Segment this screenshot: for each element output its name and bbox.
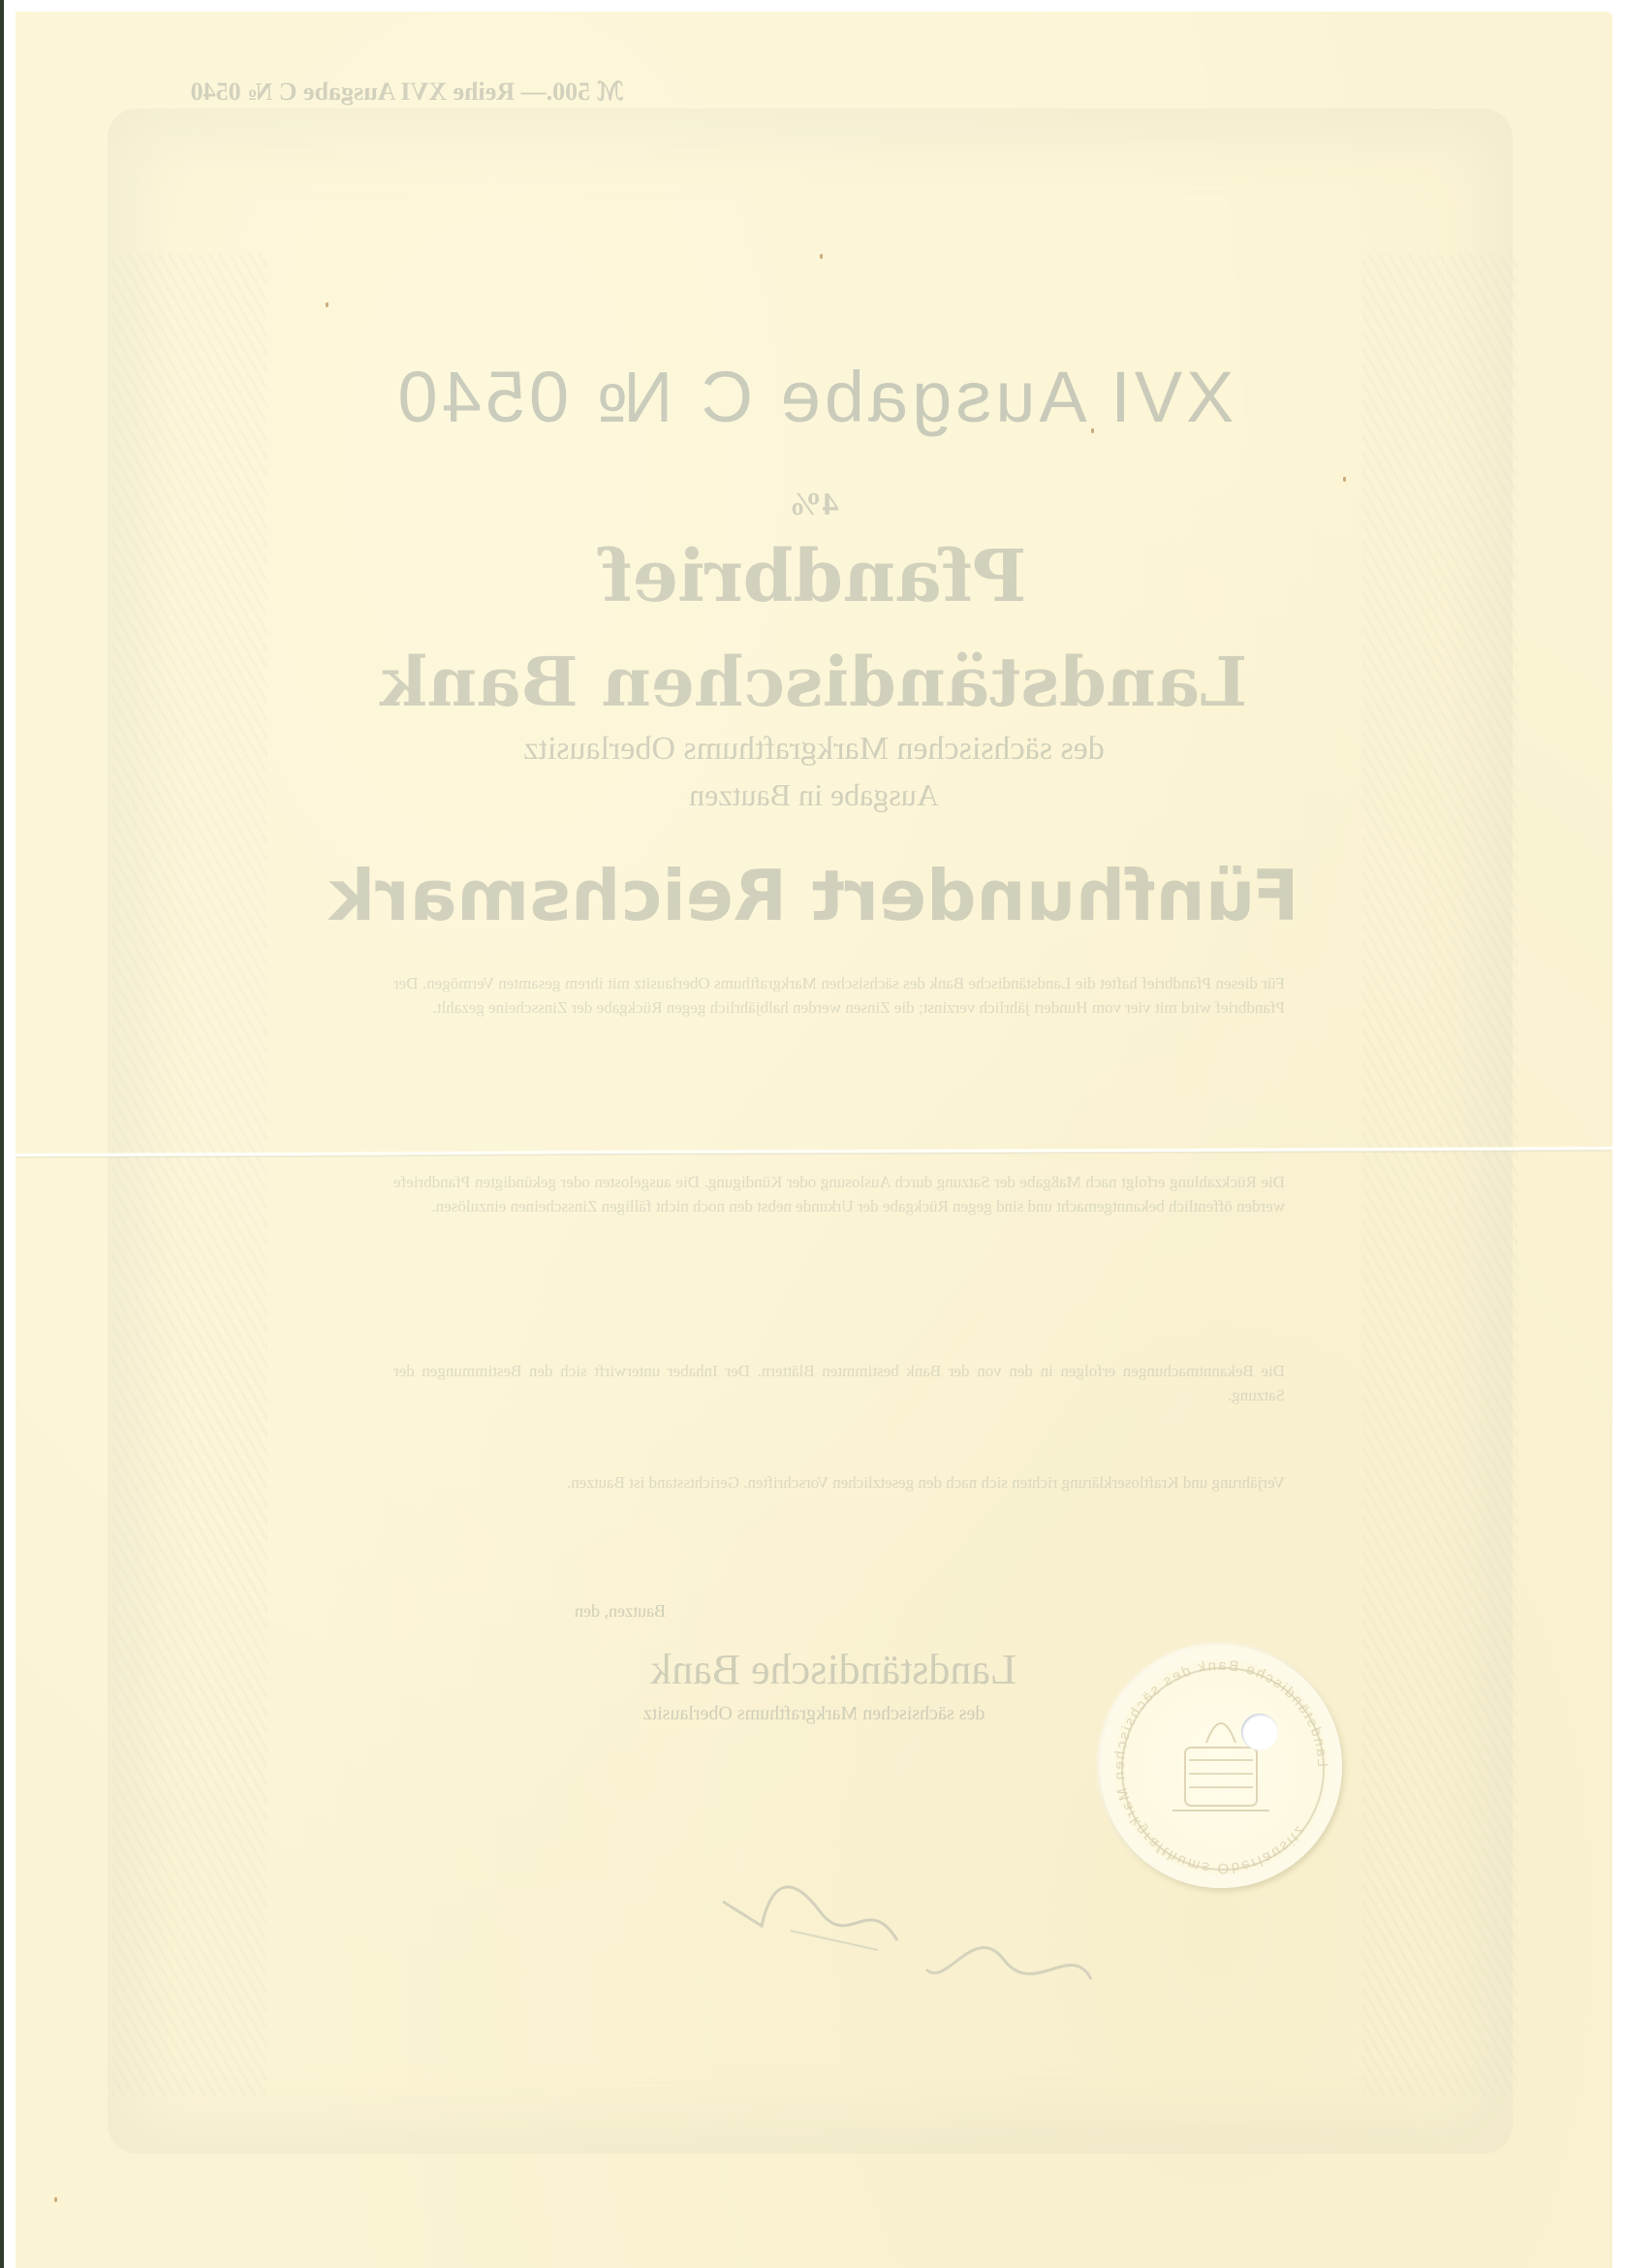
- body-paragraph: Für diesen Pfandbrief haftet die Landstä…: [393, 971, 1285, 1020]
- series-number: XVI Ausgabe C № 0540: [16, 356, 1612, 438]
- signature-1: [713, 1873, 907, 1960]
- interest-rate: 4%: [16, 487, 1612, 523]
- scan-edge: [0, 0, 4, 2268]
- left-guilloche-border: [112, 254, 267, 2095]
- right-guilloche-border: [1362, 254, 1517, 2095]
- embossed-seal: Landständische Bank des sächsischen Mark…: [1100, 1646, 1342, 1888]
- body-paragraph: Die Bekanntmachungen erfolgen in den von…: [393, 1359, 1285, 1407]
- fold-crease: [16, 1146, 1612, 1159]
- issue-location: Ausgabe in Bautzen: [16, 777, 1612, 813]
- document-paper: ℳ 500.— Reihe XVI Ausgabe C № 0540 XVI A…: [16, 12, 1612, 2268]
- bank-name: Landständischen Bank: [16, 642, 1612, 722]
- place-date: Bautzen, den: [16, 1601, 1419, 1622]
- svg-text:Landständische Bank des sächsi: Landständische Bank des sächsischen Mark…: [1111, 1657, 1330, 1876]
- document-title: Pfandbrief: [16, 535, 1612, 618]
- signature-2: [917, 1931, 1101, 2008]
- issuer-subtitle: des sächsischen Markgrafthums Oberlausit…: [16, 1703, 1612, 1725]
- seal-emblem: Landständische Bank des sächsischen Mark…: [1100, 1646, 1342, 1888]
- paper-spot: [326, 302, 328, 307]
- face-amount: Fünfhundert Reichsmark: [16, 855, 1612, 936]
- punch-hole: [1241, 1714, 1278, 1750]
- body-paragraph: Verjährung und Kraftloserklärung richten…: [393, 1470, 1285, 1495]
- issuer-name: Landständische Bank: [35, 1645, 1612, 1694]
- header-line: ℳ 500.— Reihe XVI Ausgabe C № 0540: [16, 78, 1205, 107]
- paper-spot: [1091, 428, 1094, 433]
- paper-spot: [820, 254, 823, 259]
- body-paragraph: Die Rückzahlung erfolgt nach Maßgabe der…: [393, 1170, 1285, 1218]
- bank-subtitle: des sächsischen Markgrafthums Oberlausit…: [16, 731, 1612, 768]
- paper-spot: [1343, 477, 1346, 482]
- paper-spot: [54, 2197, 57, 2202]
